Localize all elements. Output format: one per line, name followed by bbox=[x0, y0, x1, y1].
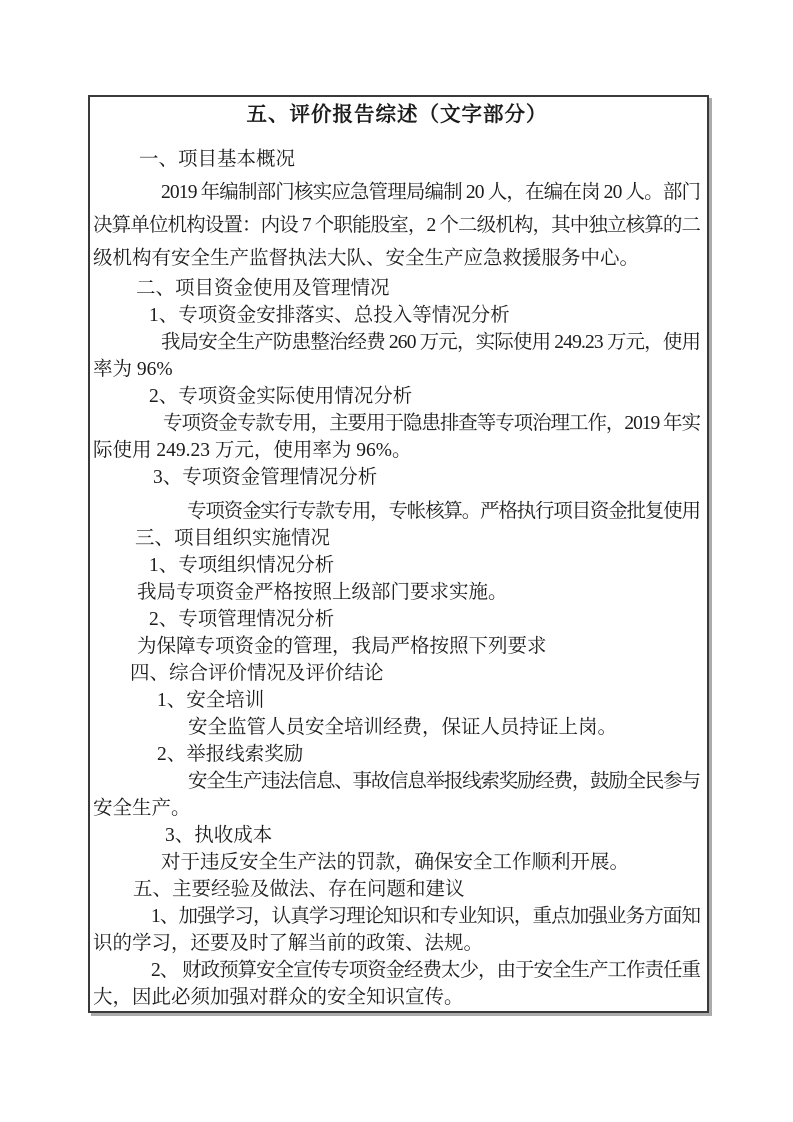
text-line: 对于违反安全生产法的罚款，确保安全工作顺利开展。 bbox=[93, 849, 701, 876]
text-line: 2、专项资金实际使用情况分析 bbox=[93, 383, 701, 410]
text-line: 为保障专项资金的管理，我局严格按照下列要求 bbox=[93, 633, 701, 660]
text-line: 决算单位机构设置：内设 7 个职能股室，2 个二级机构，其中独立核算的二 bbox=[93, 209, 701, 242]
text-line: 2019 年编制部门核实应急管理局编制 20 人，在编在岗 20 人。部门 bbox=[93, 176, 701, 209]
text-line: 三、项目组织实施情况 bbox=[93, 525, 701, 552]
text-line: 2、专项管理情况分析 bbox=[93, 606, 701, 633]
text-line: 大，因此必须加强对群众的安全知识宣传。 bbox=[93, 984, 701, 1011]
text-line: 二、项目资金使用及管理情况 bbox=[93, 275, 701, 302]
report-cell: 五、评价报告综述（文字部分） 一、项目基本概况2019 年编制部门核实应急管理局… bbox=[88, 95, 709, 1013]
text-line: 专项资金专款专用，主要用于隐患排查等专项治理工作，2019 年实 bbox=[93, 410, 701, 437]
text-line: 3、执收成本 bbox=[93, 822, 701, 849]
text-line: 1、安全培训 bbox=[93, 687, 701, 714]
text-line: 3、专项资金管理情况分析 bbox=[93, 464, 701, 491]
text-line: 四、综合评价情况及评价结论 bbox=[93, 660, 701, 687]
report-body: 一、项目基本概况2019 年编制部门核实应急管理局编制 20 人，在编在岗 20… bbox=[93, 143, 701, 1011]
text-line: 我局安全生产防患整治经费 260 万元，实际使用 249.23 万元，使用 bbox=[93, 329, 701, 356]
text-line: 专项资金实行专款专用，专帐核算。严格执行项目资金批复使用 bbox=[93, 498, 701, 525]
text-line: 安全生产。 bbox=[93, 795, 701, 822]
text-line: 安全监管人员安全培训经费，保证人员持证上岗。 bbox=[93, 714, 701, 741]
text-line: 一、项目基本概况 bbox=[93, 143, 701, 176]
text-line: 1、专项资金安排落实、总投入等情况分析 bbox=[93, 302, 701, 329]
text-line: 2、举报线索奖励 bbox=[93, 741, 701, 768]
text-line: 安全生产违法信息、事故信息举报线索奖励经费，鼓励全民参与 bbox=[93, 768, 701, 795]
text-line: 2、 财政预算安全宣传专项资金经费太少，由于安全生产工作责任重 bbox=[93, 957, 701, 984]
text-line: 际使用 249.23 万元，使用率为 96%。 bbox=[93, 437, 701, 464]
text-line: 率为 96% bbox=[93, 356, 701, 383]
text-line: 我局专项资金严格按照上级部门要求实施。 bbox=[93, 579, 701, 606]
text-line: 1、加强学习，认真学习理论知识和专业知识，重点加强业务方面知 bbox=[93, 903, 701, 930]
text-line: 识的学习，还要及时了解当前的政策、法规。 bbox=[93, 930, 701, 957]
report-title: 五、评价报告综述（文字部分） bbox=[93, 101, 701, 129]
text-line: 级机构有安全生产监督执法大队、安全生产应急救援服务中心。 bbox=[93, 242, 701, 275]
text-line: 五、主要经验及做法、存在问题和建议 bbox=[93, 876, 701, 903]
text-line: 1、专项组织情况分析 bbox=[93, 552, 701, 579]
